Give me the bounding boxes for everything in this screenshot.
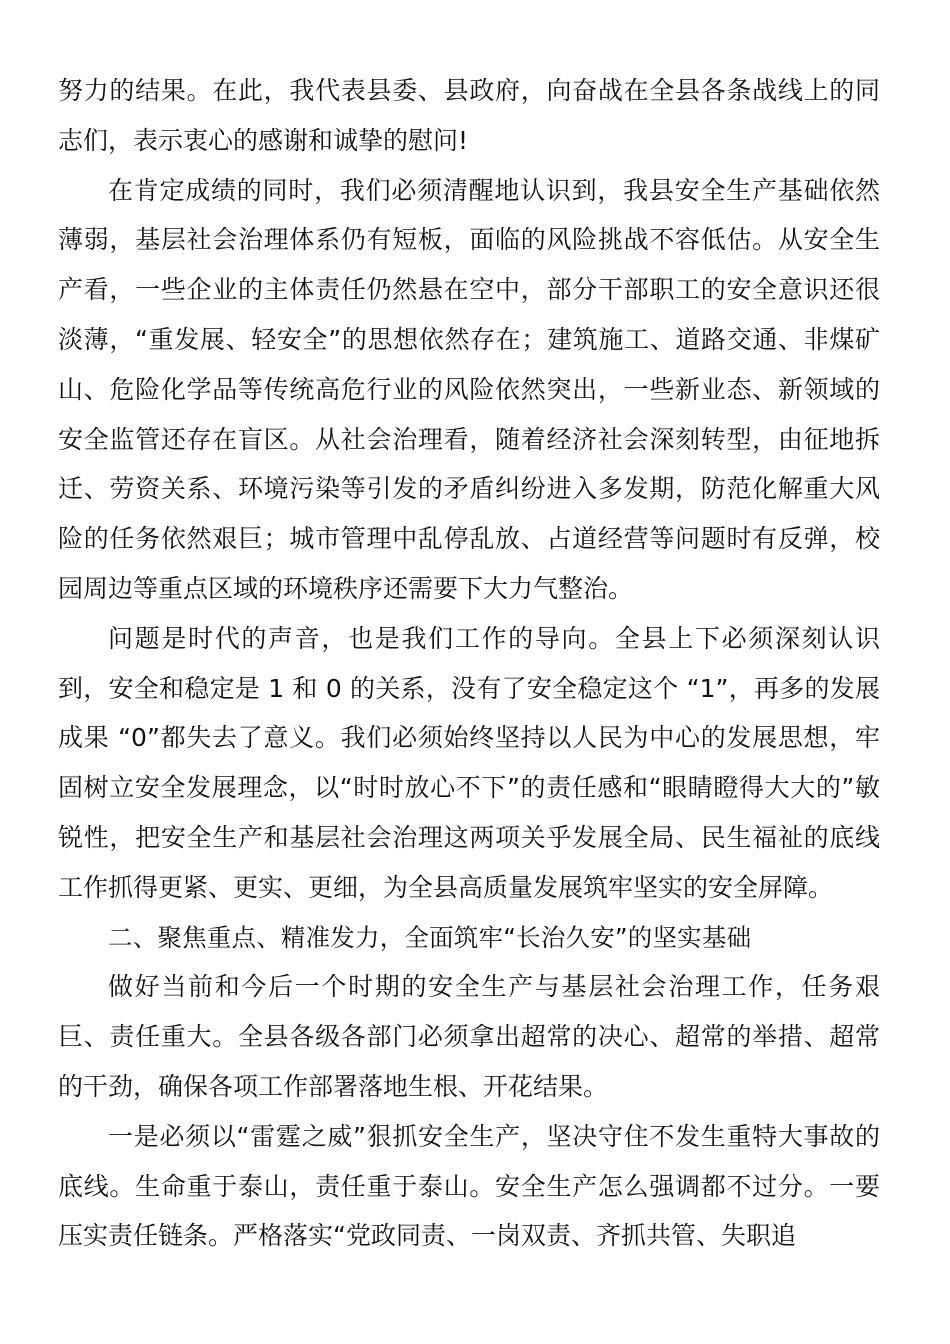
paragraph-current-problems: 在肯定成绩的同时，我们必须清醒地认识到，我县安全生产基础依然薄弱，基层社会治理体… <box>58 166 880 614</box>
section-heading-two: 二、聚焦重点、精准发力，全面筑牢“长治久安”的坚实基础 <box>58 913 880 963</box>
paragraph-security-stability: 问题是时代的声音，也是我们工作的导向。全县上下必须深刻认识到，安全和稳定是 1 … <box>58 614 880 913</box>
document-page: 努力的结果。在此，我代表县委、县政府，向奋战在全县各条战线上的同志们，表示衷心的… <box>58 66 880 1261</box>
paragraph-tasks-overview: 做好当前和今后一个时期的安全生产与基层社会治理工作，任务艰巨、责任重大。全县各级… <box>58 962 880 1111</box>
paragraph-point-one-safety: 一是必须以“雷霆之威”狠抓安全生产，坚决守住不发生重特大事故的底线。生命重于泰山… <box>58 1112 880 1261</box>
paragraph-continuation: 努力的结果。在此，我代表县委、县政府，向奋战在全县各条战线上的同志们，表示衷心的… <box>58 66 880 166</box>
